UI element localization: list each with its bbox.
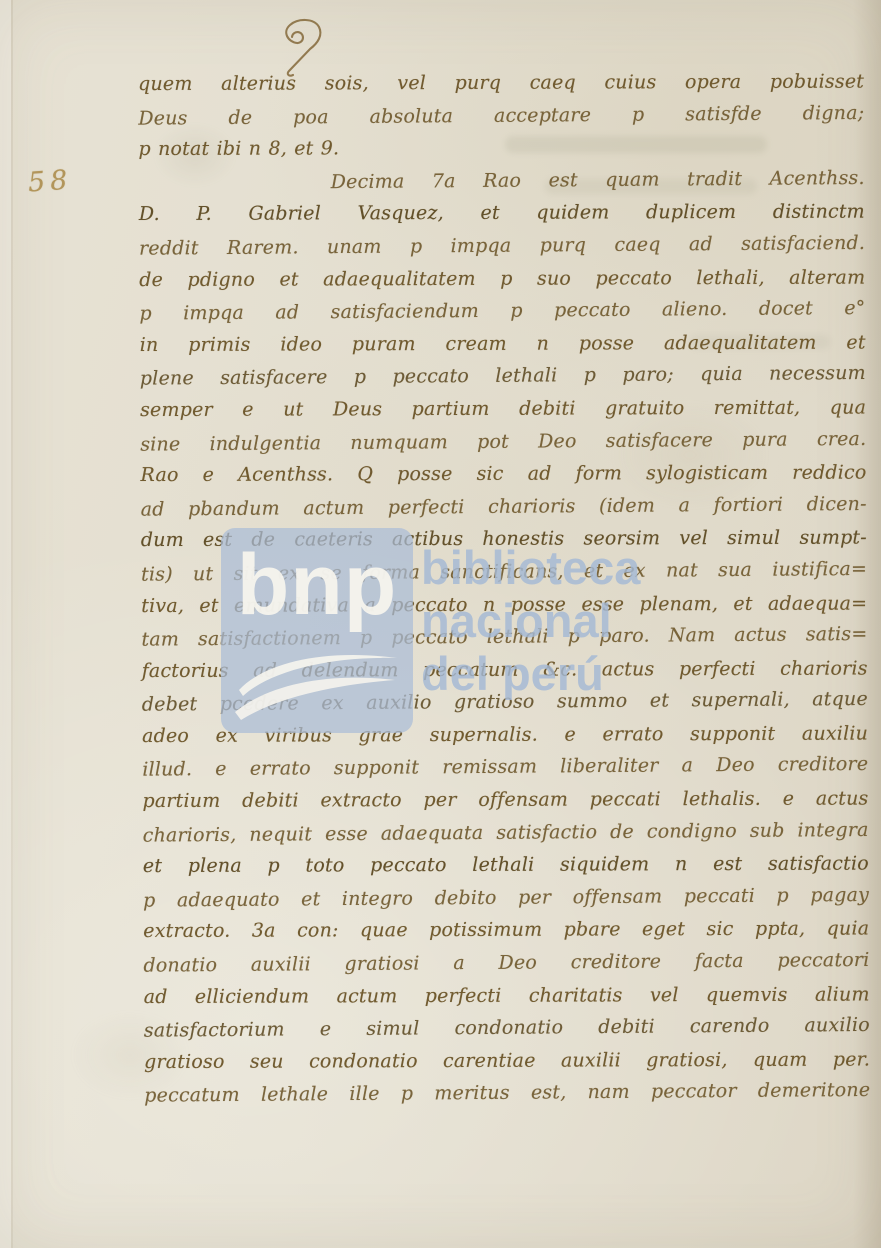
manuscript-line: semper e ut Deus partium debiti gratuito…	[140, 392, 866, 427]
manuscript-line-text: gratioso seu condonatio carentiae auxili…	[144, 1048, 870, 1073]
manuscript-line-text: extracto. 3a con: quae potissimum pbare …	[143, 918, 869, 943]
manuscript-line: et plena p toto peccato lethali siquidem…	[143, 849, 869, 884]
manuscript-line-text: illud. e errato supponit remissam libera…	[142, 753, 868, 781]
manuscript-line-text: charioris, nequit esse adaequata satisfa…	[143, 819, 869, 847]
manuscript-line: de pdigno et adaequalitatem p suo peccat…	[139, 262, 865, 297]
manuscript-line: ad elliciendum actum perfecti charitatis…	[144, 979, 870, 1014]
manuscript-line-text: tiva, et emundativa a peccato n posse es…	[141, 592, 867, 617]
manuscript-line: tam satisfactionem p peccato lethali p p…	[141, 619, 867, 657]
manuscript-line: tiva, et emundativa a peccato n posse es…	[141, 588, 867, 623]
manuscript-line-text: p adaequato et integro debito per offens…	[143, 884, 869, 912]
manuscript-line: factorius ad delendum peccatum &c. actus…	[142, 653, 868, 688]
manuscript-line: Decima 7a Rao est quam tradit Acenthss.	[139, 163, 865, 201]
manuscript-line: tis) ut sit ex se forma sanctificans, et…	[141, 554, 867, 592]
manuscript-line: Deus de poa absoluta acceptare p satisfd…	[138, 98, 864, 136]
manuscript-line: donatio auxilii gratiosi a Deo creditore…	[143, 945, 869, 983]
manuscript-line: illud. e errato supponit remissam libera…	[142, 749, 868, 787]
manuscript-line: p impqa ad satisfaciendum p peccato alie…	[139, 293, 865, 331]
manuscript-line: dum est de caeteris actibus honestis seo…	[141, 523, 867, 558]
manuscript-line: debet pcedere ex auxilio gratioso summo …	[142, 684, 868, 722]
manuscript-line: p adaequato et integro debito per offens…	[143, 880, 869, 918]
manuscript-text: quem alterius sois, vel purq caeq cuius …	[138, 66, 870, 1113]
manuscript-line: reddit Rarem. unam p impqa purq caeq ad …	[139, 228, 865, 266]
manuscript-line: satisfactorium e simul condonatio debiti…	[144, 1010, 870, 1048]
manuscript-line-text: tam satisfactionem p peccato lethali p p…	[141, 623, 867, 651]
manuscript-line-text: ad pbandum actum perfecti charioris (ide…	[141, 493, 867, 521]
manuscript-line: Rao e Acenthss. Q posse sic ad form sylo…	[140, 458, 866, 493]
manuscript-line: sine indulgentia numquam pot Deo satisfa…	[140, 423, 866, 461]
paper-crease	[11, 0, 13, 1248]
manuscript-line: quem alterius sois, vel purq caeq cuius …	[138, 67, 864, 102]
manuscript-line-text: reddit Rarem. unam p impqa purq caeq ad …	[139, 232, 865, 260]
manuscript-line-text: D. P. Gabriel Vasquez, et quidem duplice…	[139, 201, 865, 226]
manuscript-line-text: p impqa ad satisfaciendum p peccato alie…	[139, 297, 865, 325]
manuscript-line-text: ad elliciendum actum perfecti charitatis…	[144, 983, 870, 1008]
manuscript-line-text: p notat ibi n 8, et 9.	[138, 138, 339, 161]
manuscript-line-text: partium debiti extracto per offensam pec…	[142, 788, 868, 813]
manuscript-page: 58 quem alterius sois, vel purq caeq cui…	[0, 0, 881, 1248]
manuscript-line: peccatum lethale ille p meritus est, nam…	[144, 1075, 870, 1113]
manuscript-line-text: plene satisfacere p peccato lethali p pa…	[140, 362, 866, 390]
manuscript-line-text: Decima 7a Rao est quam tradit Acenthss.	[331, 167, 865, 193]
manuscript-line-text: sine indulgentia numquam pot Deo satisfa…	[140, 427, 866, 455]
manuscript-line: gratioso seu condonatio carentiae auxili…	[144, 1044, 870, 1079]
manuscript-line-text: donatio auxilii gratiosi a Deo creditore…	[143, 949, 869, 977]
manuscript-line-text: Rao e Acenthss. Q posse sic ad form sylo…	[140, 462, 866, 487]
manuscript-line-text: Deus de poa absoluta acceptare p satisfd…	[138, 102, 864, 130]
manuscript-line-text: factorius ad delendum peccatum &c. actus…	[142, 657, 868, 682]
manuscript-line-text: quem alterius sois, vel purq caeq cuius …	[138, 71, 864, 96]
manuscript-line: adeo ex viribus grae supernalis. e errat…	[142, 718, 868, 753]
manuscript-line: partium debiti extracto per offensam pec…	[142, 784, 868, 819]
folio-number: 58	[27, 164, 73, 198]
manuscript-line-text: tis) ut sit ex se forma sanctificans, et…	[141, 558, 867, 586]
manuscript-line: p notat ibi n 8, et 9.	[138, 132, 864, 167]
manuscript-line-text: et plena p toto peccato lethali siquidem…	[143, 853, 869, 878]
manuscript-line: D. P. Gabriel Vasquez, et quidem duplice…	[139, 197, 865, 232]
manuscript-line: ad pbandum actum perfecti charioris (ide…	[141, 489, 867, 527]
manuscript-line: in primis ideo puram cream n posse adaeq…	[140, 327, 866, 362]
manuscript-line-text: debet pcedere ex auxilio gratioso summo …	[142, 688, 868, 716]
manuscript-line-text: de pdigno et adaequalitatem p suo peccat…	[139, 266, 865, 291]
manuscript-line-text: in primis ideo puram cream n posse adaeq…	[140, 331, 866, 356]
manuscript-line-text: semper e ut Deus partium debiti gratuito…	[140, 396, 866, 421]
manuscript-line: plene satisfacere p peccato lethali p pa…	[140, 358, 866, 396]
manuscript-line: charioris, nequit esse adaequata satisfa…	[143, 815, 869, 853]
manuscript-line-text: dum est de caeteris actibus honestis seo…	[141, 527, 867, 552]
manuscript-line-text: satisfactorium e simul condonatio debiti…	[144, 1014, 870, 1042]
manuscript-line-text: peccatum lethale ille p meritus est, nam…	[144, 1079, 870, 1107]
manuscript-line-text: adeo ex viribus grae supernalis. e errat…	[142, 722, 868, 747]
paper-left-edge	[0, 0, 11, 1248]
manuscript-line: extracto. 3a con: quae potissimum pbare …	[143, 914, 869, 949]
